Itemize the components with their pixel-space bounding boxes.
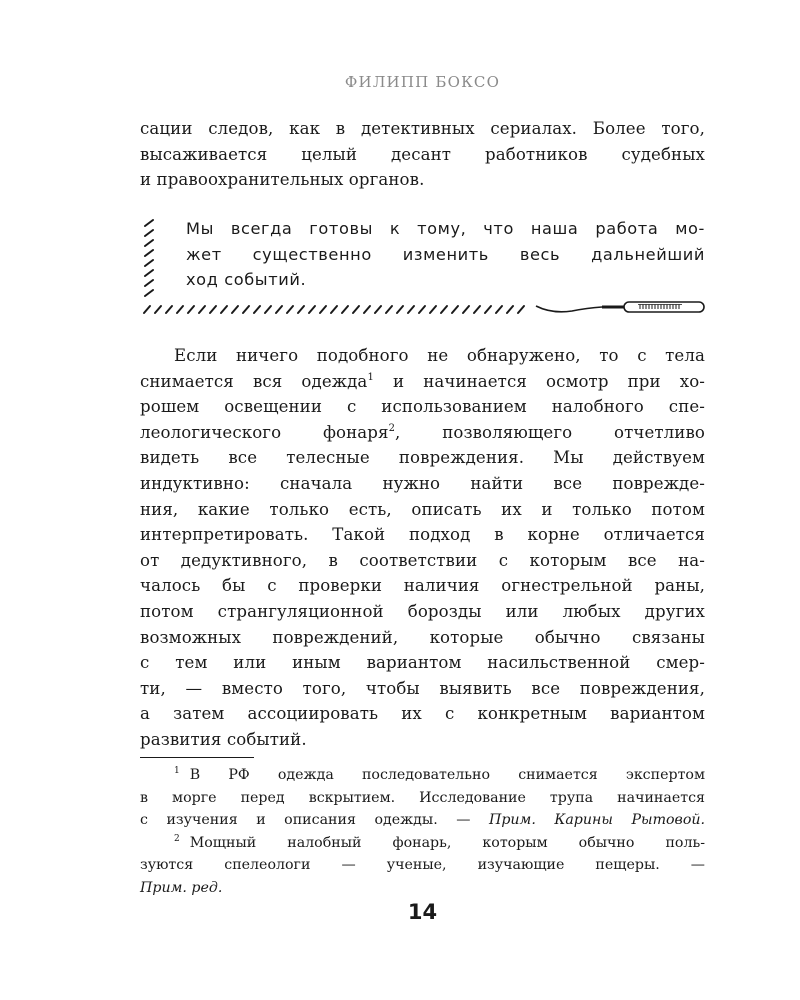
footnote-divider [140,757,254,758]
text-fragment: леологического фонаря [140,423,389,442]
hatch-border-left-icon [142,218,156,304]
text-line: интерпретировать. Такой подход в корне о… [140,522,705,548]
text-line: потом странгуляционной борозды или любых… [140,599,705,625]
text-fragment: снимается вся одежда [140,372,367,391]
footnotes: 1В РФ одежда последовательно снимается э… [140,764,705,900]
footnote-1-line: в морге перед вскрытием. Исследование тр… [140,787,705,810]
footnote-1-line: с изучения и описания одежды. — Прим. Ка… [140,809,705,832]
scalpel-icon [532,297,707,319]
text-line: ти, — вместо того, чтобы выявить все пов… [140,676,705,702]
text-line: возможных повреждений, которые обычно св… [140,625,705,651]
text-line: от дедуктивного, в соответствии с которы… [140,548,705,574]
footnote-2-source: Прим. ред. [140,877,705,900]
text-line: леологического фонаря2, позволяющего отч… [140,420,705,446]
text-line: высаживается целый десант работников суд… [140,142,705,168]
text-line: индуктивно: сначала нужно найти все повр… [140,471,705,497]
text-fragment: , позволяющего отчетливо [395,423,705,442]
text-fragment: с изучения и описания одежды. — [140,812,489,828]
quote-text: Мы всегда готовы к тому, что наша работа… [186,216,705,293]
text-line: чалось бы с проверки наличия огнестрельн… [140,573,705,599]
book-page: ФИЛИПП БОКСО сации следов, как в детекти… [140,0,705,1000]
text-line: развития событий. [140,727,705,753]
text-fragment: и начинается осмотр при хо- [374,372,705,391]
paragraph-main: Если ничего подобного не обнаружено, то … [140,343,705,753]
text-line: рошем освещении с использованием налобно… [140,394,705,420]
quote-line: ход событий. [186,267,705,293]
footnote-1-source: Прим. Карины Рытовой. [489,812,705,828]
footnote-2-mark: 2 [174,834,180,844]
text-fragment: В РФ одежда последовательно снимается эк… [190,767,705,783]
text-fragment: Мощный налобный фонарь, которым обычно п… [190,835,705,851]
footnote-1-mark: 1 [174,766,180,776]
text-line: ния, какие только есть, описать их и тол… [140,497,705,523]
text-line: снимается вся одежда1 и начинается осмот… [140,369,705,395]
text-line: а затем ассоциировать их с конкретным ва… [140,701,705,727]
pull-quote: Мы всегда готовы к тому, что наша работа… [140,216,705,316]
hatch-border-bottom-icon [142,302,532,316]
text-line: видеть все телесные повреждения. Мы дейс… [140,445,705,471]
footnote-1-line: 1В РФ одежда последовательно снимается э… [140,764,705,787]
text-line: и правоохранительных органов. [140,167,705,193]
footnote-2-line: 2Мощный налобный фонарь, которым обычно … [140,832,705,855]
quote-line: Мы всегда готовы к тому, что наша работа… [186,216,705,242]
text-line: с тем или иным вариантом насильственной … [140,650,705,676]
footnote-2-line: зуются спелеологи — ученые, изучающие пе… [140,854,705,877]
text-line: сации следов, как в детективных сериалах… [140,116,705,142]
page-number: 14 [140,900,705,924]
text-line: Если ничего подобного не обнаружено, то … [140,343,705,369]
paragraph-continued: сации следов, как в детективных сериалах… [140,116,705,193]
running-head-author: ФИЛИПП БОКСО [140,73,705,91]
quote-line: жет существенно изменить весь дальнейший [186,242,705,268]
